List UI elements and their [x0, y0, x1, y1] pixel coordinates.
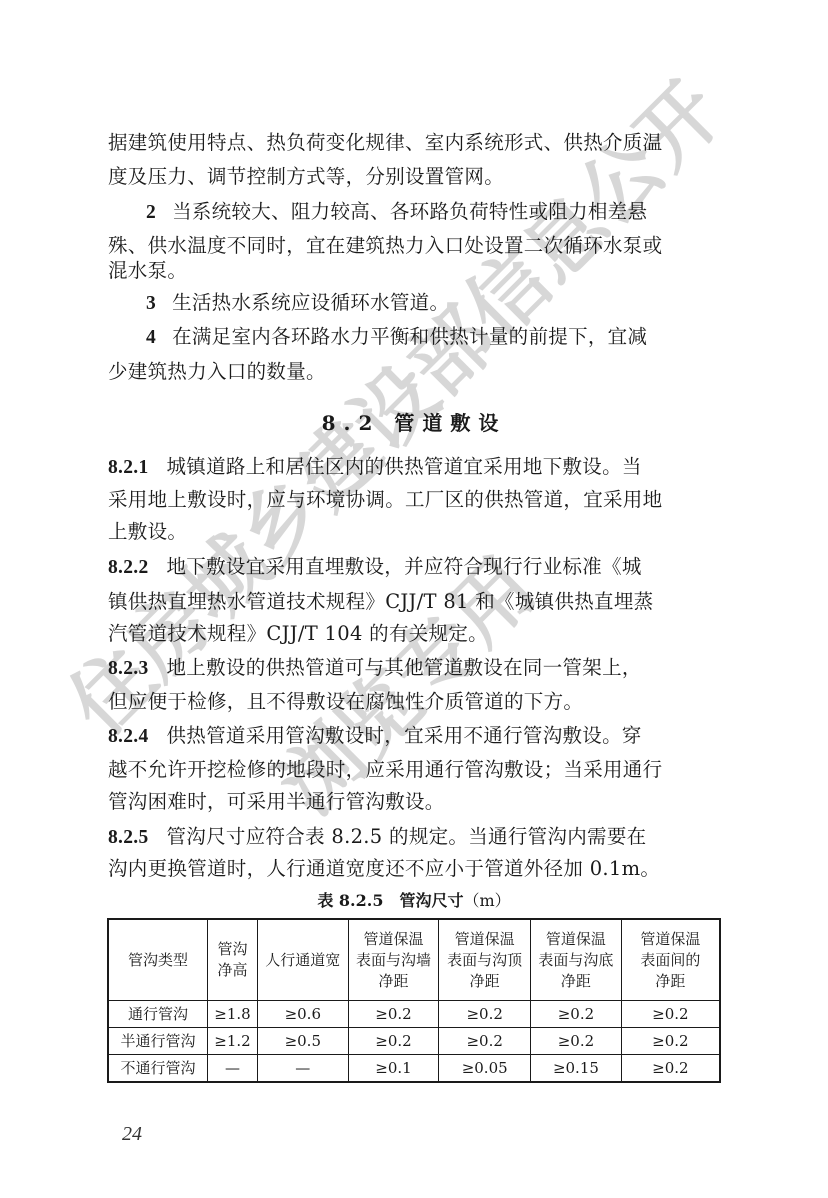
clause-text: 地上敷设的供热管道可与其他管道敷设在同一管架上， [167, 656, 642, 679]
section-number: 8.2 [322, 411, 381, 435]
item-number: 4 [146, 327, 156, 348]
item-2: 2当系统较大、阻力较高、各环路负荷特性或阻力相差悬 [146, 199, 761, 226]
table-cell: ≥0.2 [348, 1028, 439, 1055]
header-wall-clearance: 管道保温表面与沟墙净距 [348, 919, 439, 1001]
section-title: 管道敷设 [394, 411, 506, 435]
table-cell: ≥1.8 [208, 1001, 258, 1028]
table-caption-unit: （m） [463, 891, 510, 910]
table-cell: ≥1.2 [208, 1028, 258, 1055]
item-text: 在满足室内各环路水力平衡和供热计量的前提下，宜减 [172, 325, 647, 348]
clause-8-2-4-line-2: 越不允许开挖检修的地段时，应采用通行管沟敷设；当采用通行 [108, 757, 723, 783]
clause-number: 8.2.2 [108, 557, 149, 578]
clause-number: 8.2.4 [108, 726, 149, 747]
clause-number: 8.2.1 [108, 457, 149, 478]
header-trench-type: 管沟类型 [108, 919, 208, 1001]
table-cell: ≥0.2 [621, 1001, 720, 1028]
table-row: 半通行管沟 ≥1.2 ≥0.5 ≥0.2 ≥0.2 ≥0.2 ≥0.2 [108, 1028, 720, 1055]
clause-8-2-3-line-2: 但应便于检修，且不得敷设在腐蚀性介质管道的下方。 [108, 689, 723, 715]
table-cell: ≥0.1 [348, 1055, 439, 1083]
clause-8-2-2: 8.2.2地下敷设宜采用直埋敷设，并应符合现行行业标准《城 [108, 554, 723, 581]
item-number: 3 [146, 293, 156, 314]
table-caption: 表 8.2.5 管沟尺寸（m） [0, 888, 828, 911]
clause-8-2-1-line-3: 上敷设。 [108, 519, 723, 545]
watermark-line1: 住房城乡建设部信息公开 [39, 51, 743, 755]
item-4: 4在满足室内各环路水力平衡和供热计量的前提下，宜减 [146, 324, 761, 351]
table-caption-title: 表 8.2.5 管沟尺寸 [317, 891, 463, 910]
table-cell: ≥0.05 [439, 1055, 531, 1083]
table-cell: ≥0.2 [621, 1055, 720, 1083]
table-cell: ≥0.2 [439, 1028, 531, 1055]
clause-text: 地下敷设宜采用直埋敷设，并应符合现行行业标准《城 [167, 555, 642, 578]
item-text: 生活热水系统应设循环水管道。 [172, 291, 449, 314]
clause-number: 8.2.5 [108, 827, 149, 848]
table-cell: ≥0.2 [531, 1001, 622, 1028]
clause-8-2-2-line-3: 汽管道技术规程》CJJ/T 104 的有关规定。 [108, 621, 723, 647]
trench-dimensions-table: 管沟类型 管沟净高 人行通道宽 管道保温表面与沟墙净距 管道保温表面与沟顶净距 … [107, 918, 721, 1083]
item-number: 2 [146, 202, 156, 223]
section-heading: 8.2管道敷设 [0, 407, 828, 436]
header-clear-height: 管沟净高 [208, 919, 258, 1001]
clause-8-2-3: 8.2.3地上敷设的供热管道可与其他管道敷设在同一管架上， [108, 655, 723, 682]
intro-line-2: 度及压力、调节控制方式等，分别设置管网。 [108, 164, 723, 190]
table-header-row: 管沟类型 管沟净高 人行通道宽 管道保温表面与沟墙净距 管道保温表面与沟顶净距 … [108, 919, 720, 1001]
clause-8-2-1: 8.2.1城镇道路上和居住区内的供热管道宜采用地下敷设。当 [108, 454, 723, 481]
table-cell: ≥0.2 [531, 1028, 622, 1055]
table-cell: ≥0.2 [621, 1028, 720, 1055]
header-between-clearance: 管道保温表面间的净距 [621, 919, 720, 1001]
table-cell: ≥0.6 [257, 1001, 348, 1028]
table-cell: — [257, 1055, 348, 1083]
item-2-line-3: 混水泵。 [108, 258, 723, 284]
table-cell: 通行管沟 [108, 1001, 208, 1028]
header-top-clearance: 管道保温表面与沟顶净距 [439, 919, 531, 1001]
table-row: 通行管沟 ≥1.8 ≥0.6 ≥0.2 ≥0.2 ≥0.2 ≥0.2 [108, 1001, 720, 1028]
clause-8-2-5: 8.2.5管沟尺寸应符合表 8.2.5 的规定。当通行管沟内需要在 [108, 824, 723, 851]
table-row: 不通行管沟 — — ≥0.1 ≥0.05 ≥0.15 ≥0.2 [108, 1055, 720, 1083]
clause-number: 8.2.3 [108, 658, 149, 679]
item-text: 当系统较大、阻力较高、各环路负荷特性或阻力相差悬 [172, 200, 647, 223]
document-page: 住房城乡建设部信息公开 浏览专用 据建筑使用特点、热负荷变化规律、室内系统形式、… [0, 0, 828, 1198]
table-cell: 不通行管沟 [108, 1055, 208, 1083]
intro-line-1: 据建筑使用特点、热负荷变化规律、室内系统形式、供热介质温 [108, 130, 723, 156]
clause-8-2-4-line-3: 管沟困难时，可采用半通行管沟敷设。 [108, 789, 723, 815]
table-cell: ≥0.2 [348, 1001, 439, 1028]
clause-8-2-5-line-2: 沟内更换管道时，人行通道宽度还不应小于管道外径加 0.1m。 [108, 856, 723, 882]
header-walkway-width: 人行通道宽 [257, 919, 348, 1001]
table-cell: ≥0.15 [531, 1055, 622, 1083]
page-number: 24 [122, 1123, 142, 1146]
table-cell: ≥0.5 [257, 1028, 348, 1055]
clause-8-2-2-line-2: 镇供热直埋热水管道技术规程》CJJ/T 81 和《城镇供热直埋蒸 [108, 589, 723, 615]
clause-8-2-1-line-2: 采用地上敷设时，应与环境协调。工厂区的供热管道，宜采用地 [108, 487, 723, 513]
clause-text: 管沟尺寸应符合表 8.2.5 的规定。当通行管沟内需要在 [167, 825, 647, 848]
table-cell: — [208, 1055, 258, 1083]
header-bottom-clearance: 管道保温表面与沟底净距 [531, 919, 622, 1001]
clause-text: 供热管道采用管沟敷设时，宜采用不通行管沟敷设。穿 [167, 724, 642, 747]
clause-8-2-4: 8.2.4供热管道采用管沟敷设时，宜采用不通行管沟敷设。穿 [108, 723, 723, 750]
item-4-line-2: 少建筑热力入口的数量。 [108, 359, 723, 385]
clause-text: 城镇道路上和居住区内的供热管道宜采用地下敷设。当 [167, 455, 642, 478]
table-cell: 半通行管沟 [108, 1028, 208, 1055]
table-cell: ≥0.2 [439, 1001, 531, 1028]
item-2-line-2: 殊、供水温度不同时，宜在建筑热力入口处设置二次循环水泵或 [108, 233, 723, 259]
item-3: 3生活热水系统应设循环水管道。 [146, 290, 761, 317]
